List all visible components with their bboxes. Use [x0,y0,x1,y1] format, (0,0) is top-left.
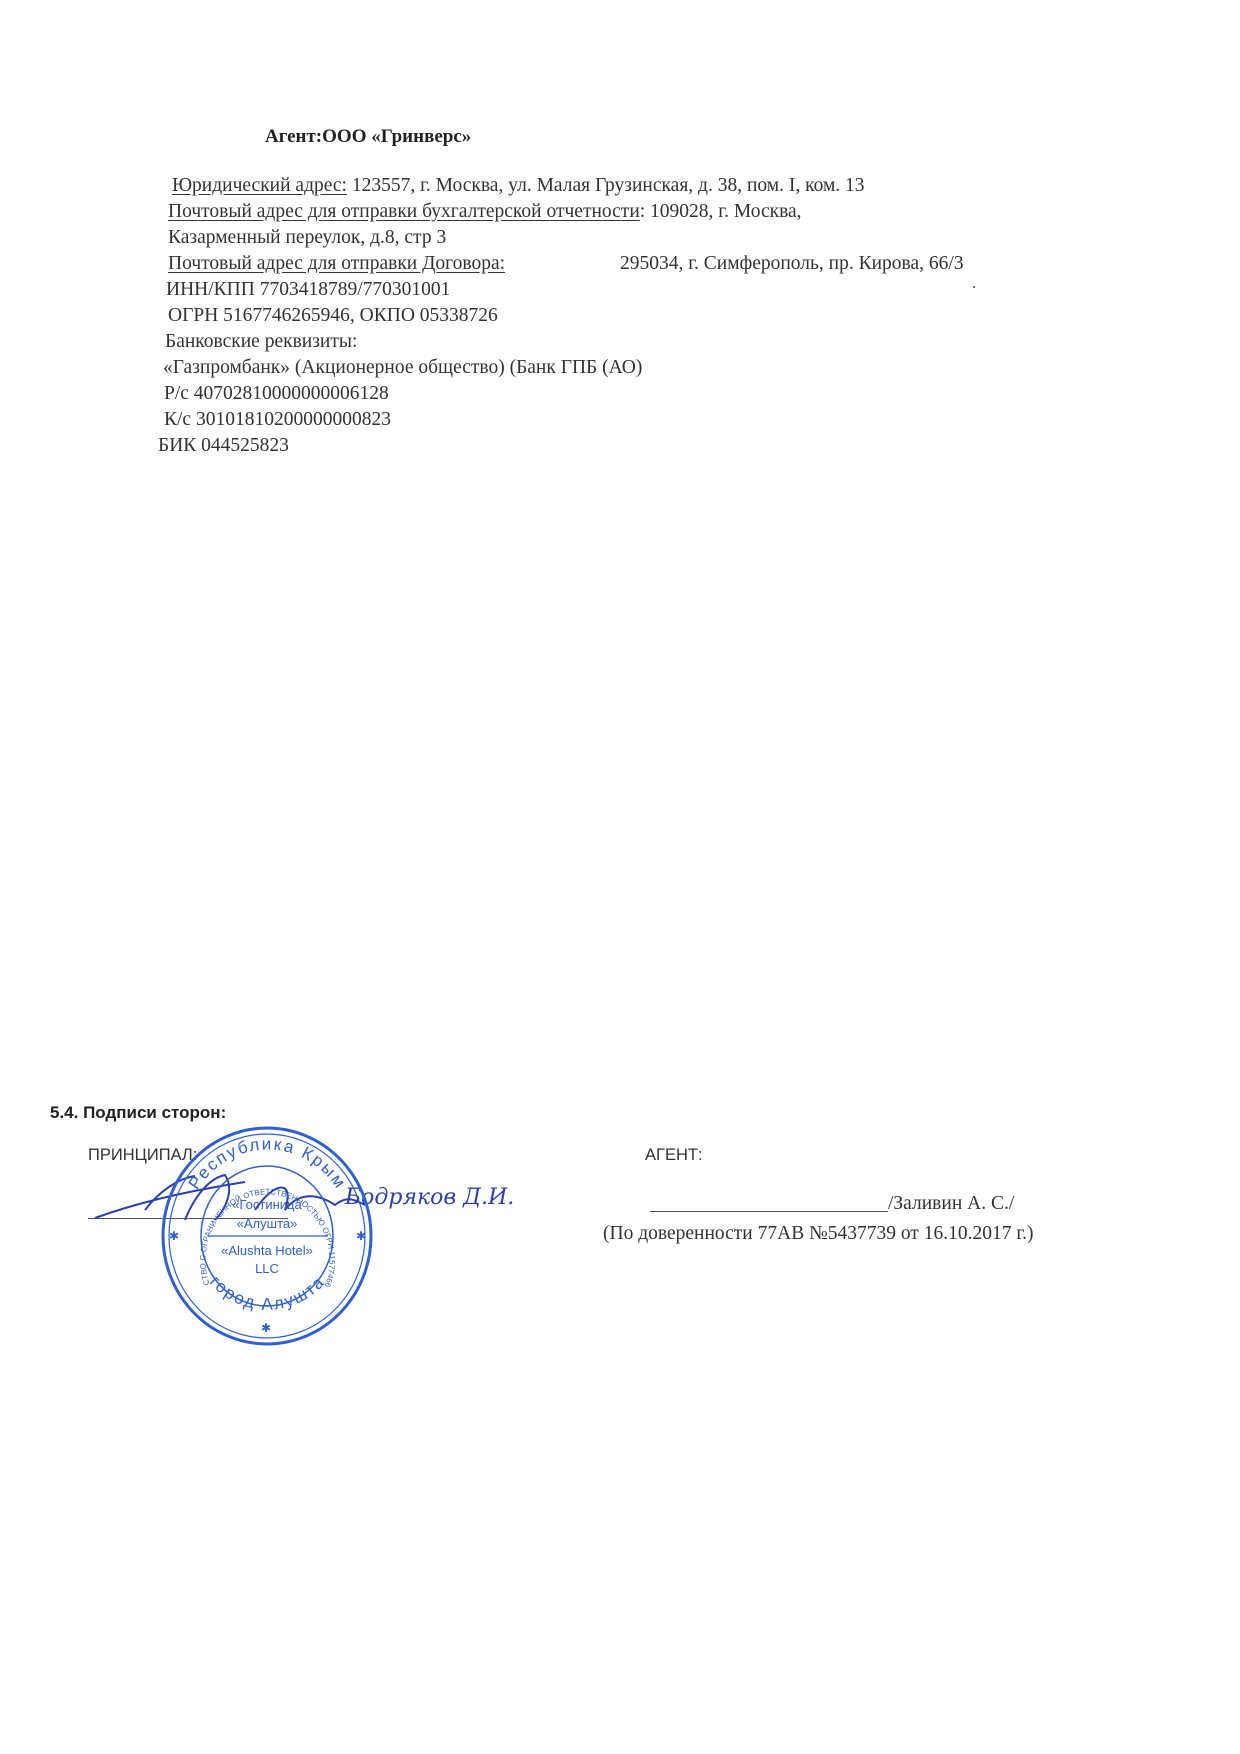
postal-accounting-value: : 109028, г. Москва, [640,201,802,222]
bank-details-label: Банковские реквизиты: [165,330,357,354]
stamp-center-line-1: «Гостиница [232,1197,302,1212]
stamp-bottom-text: город Алушта [206,1272,329,1314]
postal-accounting-address-cont: Казарменный переулок, д.8, стр 3 [168,226,446,250]
legal-address-label: Юридический адрес: [172,175,347,196]
signatures-section-title: 5.4. Подписи сторон: [50,1103,226,1123]
ogrn-okpo: ОГРН 5167746265946, ОКПО 05338726 [168,304,498,328]
postal-accounting-label: Почтовый адрес для отправки бухгалтерско… [168,201,640,222]
agent-title: Агент:ООО «Гринверс» [265,126,471,148]
company-stamp: Республика Крым город Алушта ОБЩЕСТВО С … [160,1125,375,1347]
postal-contract-address: Почтовый адрес для отправки Договора: [168,252,505,276]
postal-contract-label: Почтовый адрес для отправки Договора: [168,253,505,274]
postal-contract-value: 295034, г. Симферополь, пр. Кирова, 66/3 [620,252,964,276]
settlement-account: Р/с 40702810000000006128 [164,382,389,406]
stamp-center-line-4: LLC [255,1261,279,1276]
legal-address-value: 123557, г. Москва, ул. Малая Грузинская,… [347,175,865,196]
svg-text:✱: ✱ [169,1229,179,1243]
agent-power-of-attorney: (По доверенности 77АВ №5437739 от 16.10.… [603,1222,1034,1246]
agent-label: АГЕНТ: [645,1146,703,1165]
stamp-top-text: Республика Крым [185,1134,351,1192]
stamp-center-line-2: «Алушта» [237,1216,298,1231]
legal-address: Юридический адрес: 123557, г. Москва, ул… [172,174,865,198]
stamp-center-line-3: «Alushta Hotel» [221,1243,313,1258]
inn-kpp: ИНН/КПП 7703418789/770301001 [166,278,450,302]
postal-accounting-address: Почтовый адрес для отправки бухгалтерско… [168,200,802,224]
scan-speck [973,286,975,288]
svg-text:✱: ✱ [356,1229,366,1243]
correspondent-account: К/с 30101810200000000823 [164,408,391,432]
svg-text:Республика Крым: Республика Крым [185,1134,351,1192]
bank-name: «Газпромбанк» (Акционерное общество) (Ба… [163,356,642,380]
agent-signer-name: /Заливин А. С./ [888,1192,1014,1216]
svg-text:✱: ✱ [261,1321,271,1335]
bik: БИК 044525823 [158,434,289,458]
agent-signature-line [650,1211,888,1212]
svg-text:город Алушта: город Алушта [206,1272,329,1314]
